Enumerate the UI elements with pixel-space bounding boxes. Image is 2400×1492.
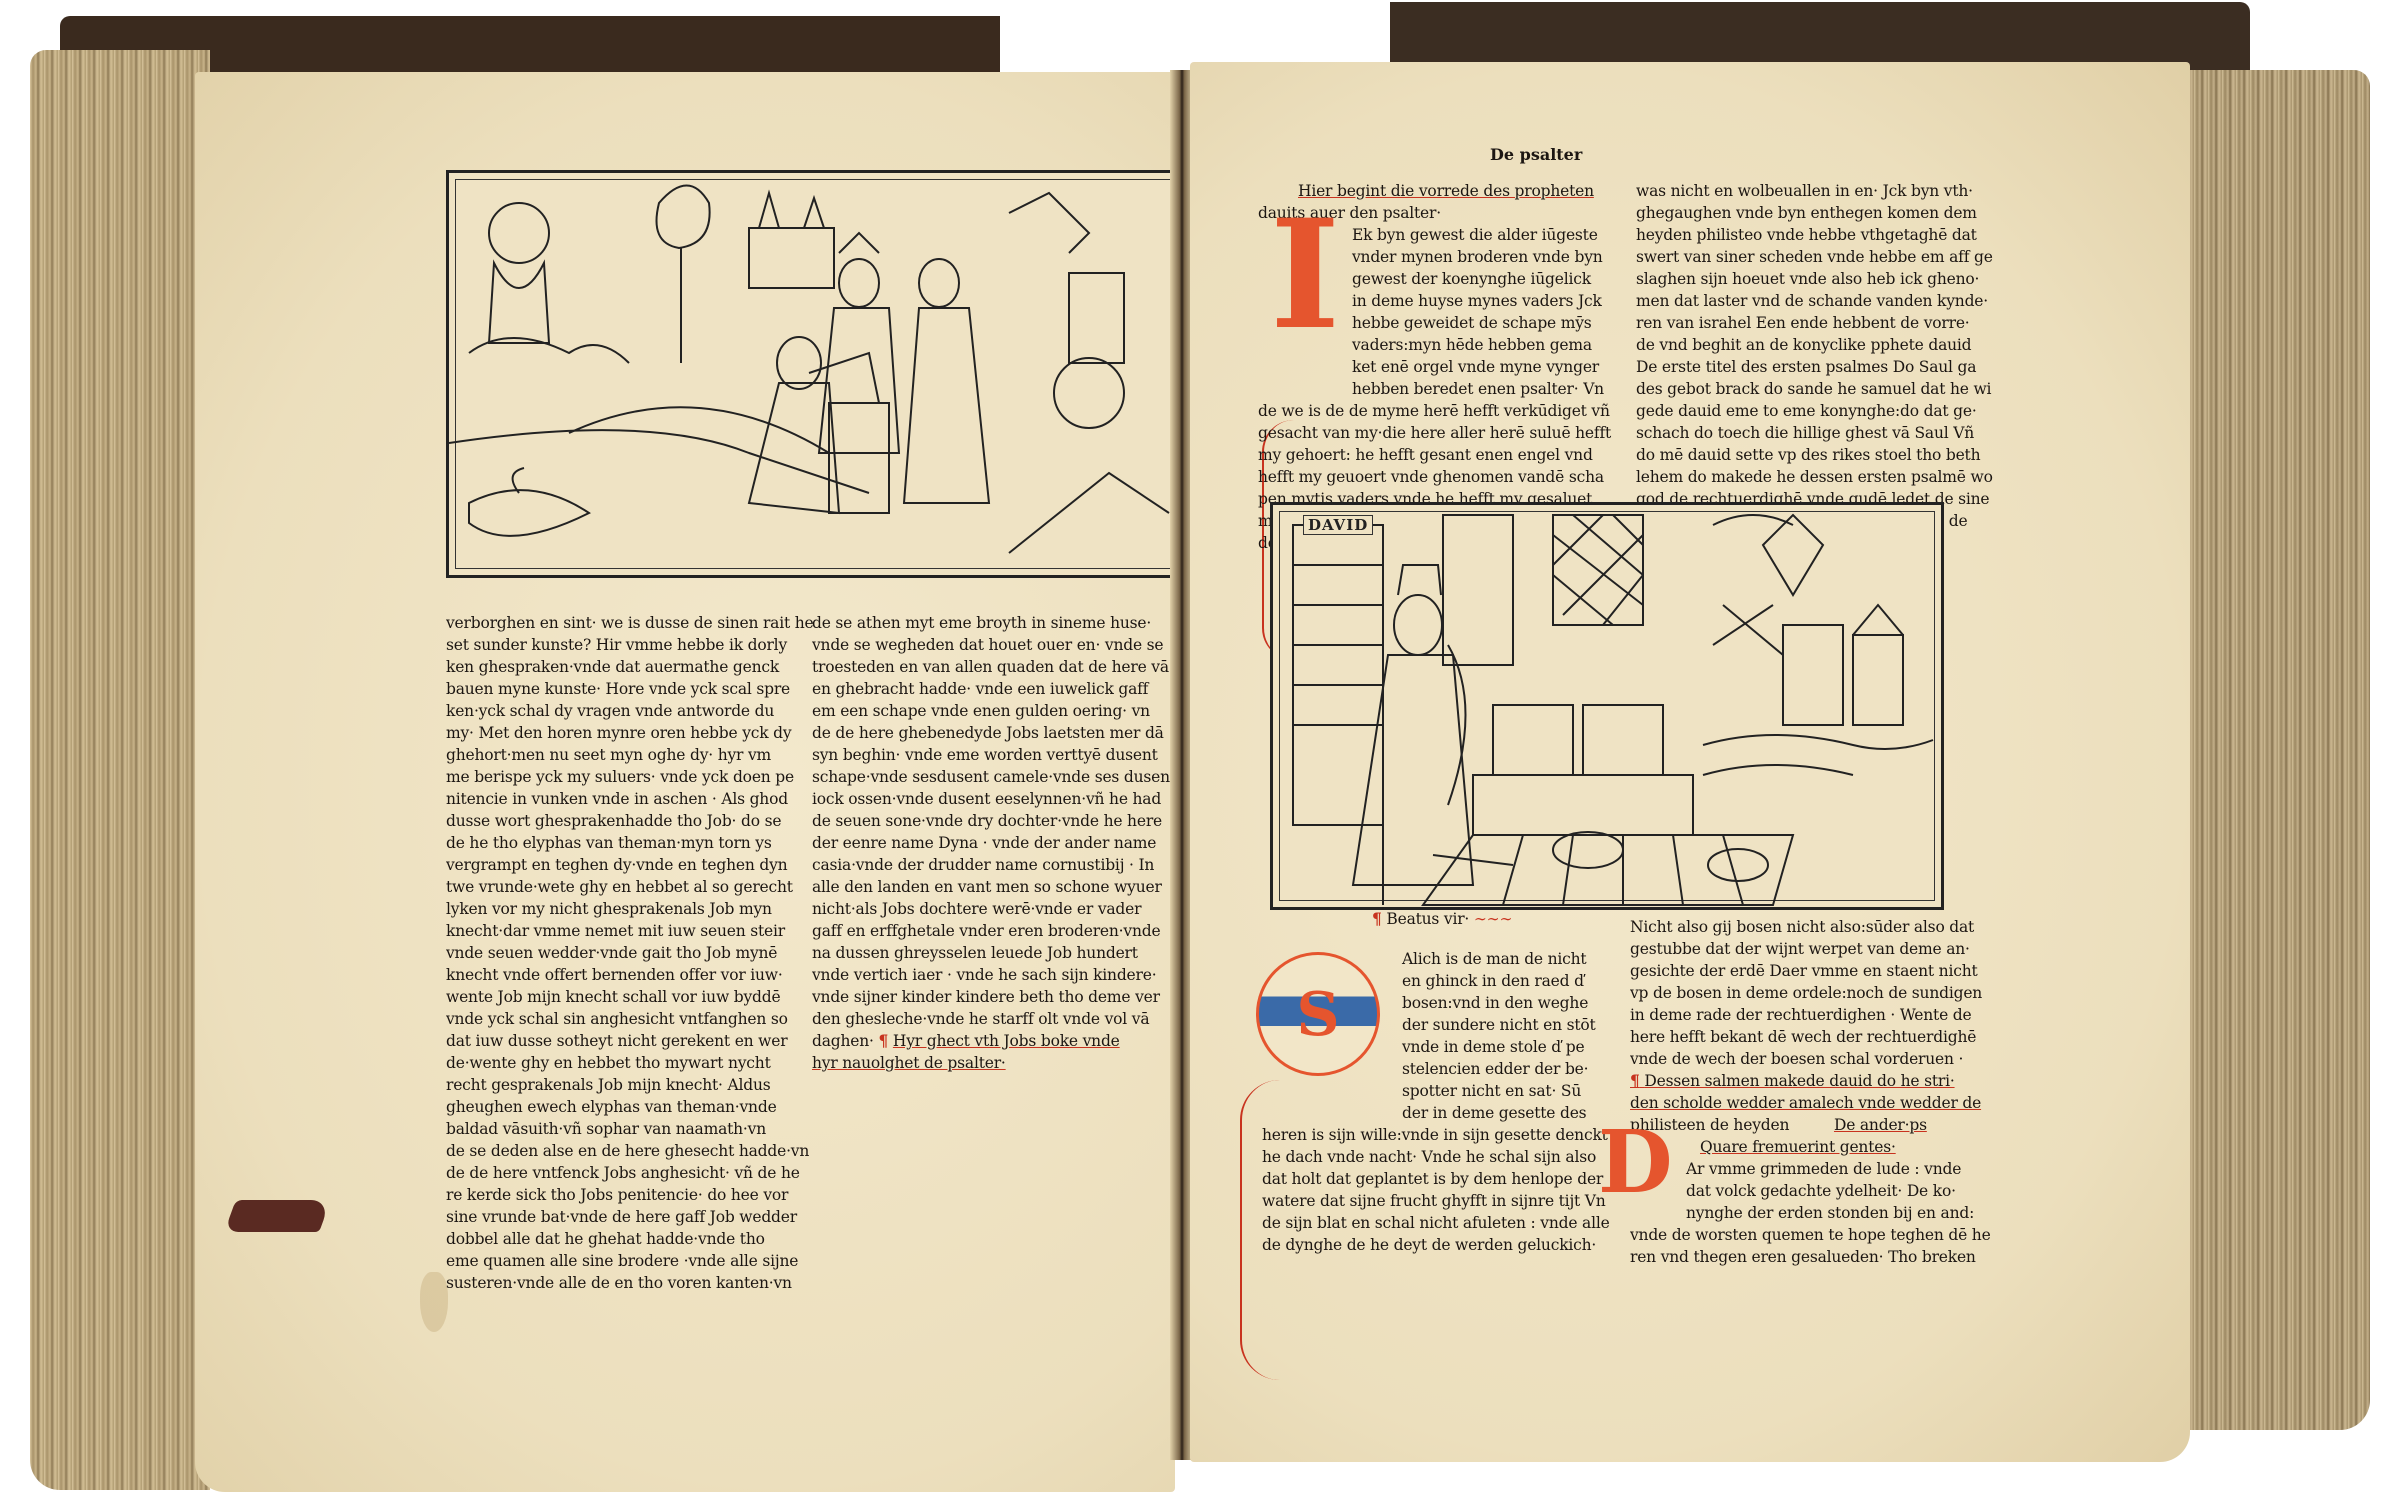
- psalm-1-title: Beatus vir·: [1386, 910, 1469, 928]
- text-line: de se deden alse en de here ghesecht had…: [446, 1140, 814, 1162]
- text-line: watere dat sijne frucht ghyfft in sijnre…: [1262, 1190, 1610, 1212]
- text-line: gede dauid eme to eme konynghe:do dat ge…: [1636, 400, 1993, 422]
- right-page-column-2-bottom: Nicht also gij bosen nicht also:sūder al…: [1630, 916, 1991, 1268]
- text-line: dusse wort ghesprakenhadde tho Job· do s…: [446, 810, 814, 832]
- text-line: ken ghespraken·vnde dat auermathe genck: [446, 656, 814, 678]
- text-line: Ar vmme grimmeden de lude : vnde: [1630, 1158, 1991, 1180]
- david-woodcut-icon: [1273, 505, 1941, 907]
- pilcrow-icon: ¶: [1630, 1071, 1640, 1090]
- job-woodcut-illustration: [446, 170, 1180, 578]
- text-line: dat volck gedachte ydelheit· De ko·: [1630, 1180, 1991, 1202]
- psalm-2-incipit: Quare fremuerint gentes·: [1630, 1136, 1991, 1158]
- text-line: here hefft bekant dē wech der rechtuerdi…: [1630, 1026, 1991, 1048]
- text-line: was nicht en wolbeuallen in en· Jck byn …: [1636, 180, 1993, 202]
- text-line: knecht·dar vmme nemet mit iuw seuen stei…: [446, 920, 814, 942]
- text-line: my· Met den horen mynre oren hebbe yck d…: [446, 722, 814, 744]
- text-line: Ek byn gewest die alder iūgeste: [1258, 224, 1619, 246]
- text-line: ken·yck schal dy vragen vnde antworde du: [446, 700, 814, 722]
- text-line: gestubbe dat der wijnt werpet van deme a…: [1630, 938, 1991, 960]
- text-line: bosen:vnd in den weghe: [1262, 992, 1610, 1014]
- david-label: DAVID: [1303, 515, 1373, 535]
- text-line: en ghinck in den raed ď: [1262, 970, 1610, 992]
- text-line: gewest der koenynghe iūgelick: [1258, 268, 1619, 290]
- text-line: ren vnd thegen eren gesalueden· Tho brek…: [1630, 1246, 1991, 1268]
- text-line: me berispe yck my suluers· vnde yck doen…: [446, 766, 814, 788]
- text-line: men dat laster vnd de schande vanden kyn…: [1636, 290, 1993, 312]
- text-line: daghen· ¶ Hyr ghect vth Jobs boke vnde: [812, 1030, 1176, 1052]
- text-line: ket enē orgel vnde myne vynger: [1258, 356, 1619, 378]
- text-line: hebbe geweidet de schape mȳs: [1258, 312, 1619, 334]
- text-line: gaff en erffghetale vnder eren broderen·…: [812, 920, 1176, 942]
- text-line: na dussen ghreysselen leuede Job hundert: [812, 942, 1176, 964]
- text-line: susteren·vnde alle de en tho voren kante…: [446, 1272, 814, 1294]
- running-head: De psalter: [1490, 145, 1582, 164]
- text-line: my gehoert: he hefft gesant enen engel v…: [1258, 444, 1619, 466]
- text-line: philisteen de heyden De ander·ps: [1630, 1114, 1991, 1136]
- colophon-line-2: hyr nauolghet de psalter·: [812, 1052, 1176, 1074]
- text-line: set sunder kunste? Hir vmme hebbe ik dor…: [446, 634, 814, 656]
- text-line: knecht vnde offert bernenden offer vor i…: [446, 964, 814, 986]
- text-line: nitencie in vunken vnde in aschen · Als …: [446, 788, 814, 810]
- text-line: en ghebracht hadde· vnde een iuwelick ga…: [812, 678, 1176, 700]
- text-line: de·wente ghy en hebbet tho mywart nycht: [446, 1052, 814, 1074]
- text-line: vnde vertich iaer · vnde he sach sijn ki…: [812, 964, 1176, 986]
- open-book: verborghen en sint· we is dusse de sinen…: [0, 0, 2400, 1492]
- text-line: schach do toech die hillige ghest vā Sau…: [1636, 422, 1993, 444]
- text-line: den scholde wedder amalech vnde wedder d…: [1630, 1092, 1991, 1114]
- text-line: de se athen myt eme broyth in sineme hus…: [812, 612, 1176, 634]
- text-line: der eenre name Dyna · vnde der ander nam…: [812, 832, 1176, 854]
- text-line: swert van siner scheden vnde hebbe em af…: [1636, 246, 1993, 268]
- incipit-line: ¶ Beatus vir· ∼∼∼: [1372, 908, 1512, 930]
- text-line: do mē dauid sette vp des rikes stoel tho…: [1636, 444, 1993, 466]
- text-line: de de here vntfenck Jobs anghesicht· vñ …: [446, 1162, 814, 1184]
- text-line: vnde de worsten quemen te hope teghen dē…: [1630, 1224, 1991, 1246]
- text-line: vp de bosen in deme ordele:noch de sundi…: [1630, 982, 1991, 1004]
- text-line: de dynghe de he deyt de werden geluckich…: [1262, 1234, 1610, 1256]
- text-line: nynghe der erden stonden bij en and:: [1630, 1202, 1991, 1224]
- text-line: casia·vnde der drudder name cornustibij …: [812, 854, 1176, 876]
- right-page-column-2-top: was nicht en wolbeuallen in en· Jck byn …: [1636, 180, 1993, 554]
- text-line: schape·vnde sesdusent camele·vnde ses du…: [812, 766, 1176, 788]
- text-line: baldad vāsuith·vñ sophar van naamath·vn: [446, 1118, 814, 1140]
- water-stain: [420, 1272, 448, 1332]
- text-line: recht gesprakenals Job mijn knecht· Aldu…: [446, 1074, 814, 1096]
- text-line: ren van israhel Een ende hebbent de vorr…: [1636, 312, 1993, 334]
- text-line: den ghesleche·vnde he starff olt vnde vo…: [812, 1008, 1176, 1030]
- text-fragment: Dessen salmen makede dauid do he stri·: [1644, 1072, 1954, 1090]
- text-line: ¶ Dessen salmen makede dauid do he stri·: [1630, 1070, 1991, 1092]
- left-page-column-2: de se athen myt eme broyth in sineme hus…: [812, 612, 1176, 1074]
- text-line: gheughen ewech elyphas van theman·vnde: [446, 1096, 814, 1118]
- stain-mark: [224, 1200, 331, 1232]
- text-line: ghehort·men nu seet myn oghe dy· hyr vm: [446, 744, 814, 766]
- text-line: des gebot brack do sande he samuel dat h…: [1636, 378, 1993, 400]
- text-line: in deme rade der rechtuerdighen · Wente …: [1630, 1004, 1991, 1026]
- text-line: vergrampt en teghen dy·vnde en teghen dy…: [446, 854, 814, 876]
- psalm-1-incipit: ¶ Beatus vir· ∼∼∼: [1372, 908, 1512, 930]
- text-fragment: daghen·: [812, 1032, 874, 1050]
- heading-line-1: Hier begint die vorrede des propheten: [1298, 180, 1594, 202]
- text-line: vnder mynen broderen vnde byn: [1258, 246, 1619, 268]
- text-line: vnde se wegheden dat houet ouer en· vnde…: [812, 634, 1176, 656]
- text-line: dat iuw dusse sotheyt nicht gerekent en …: [446, 1030, 814, 1052]
- text-line: vnde yck schal sin anghesicht vntfanghen…: [446, 1008, 814, 1030]
- text-line: vnde de wech der boesen schal vorderuen …: [1630, 1048, 1991, 1070]
- text-line: de de here ghebenedyde Jobs laetsten mer…: [812, 722, 1176, 744]
- text-line: de we is de de myme herē hefft verkūdige…: [1258, 400, 1619, 422]
- left-page-column-1: verborghen en sint· we is dusse de sinen…: [446, 612, 814, 1294]
- text-line: troesteden en van allen quaden dat de he…: [812, 656, 1176, 678]
- text-line: slaghen sijn hoeuet vnde also heb ick gh…: [1636, 268, 1993, 290]
- page-block-edge-left: [30, 50, 210, 1490]
- text-line: hefft my geuoert vnde ghenomen vandē sch…: [1258, 466, 1619, 488]
- text-line: gesacht van my·die here aller herē suluē…: [1258, 422, 1619, 444]
- job-woodcut-icon: [449, 173, 1177, 575]
- text-line: in deme huyse mynes vaders Jck: [1258, 290, 1619, 312]
- text-line: lehem do makede he dessen ersten psalmē …: [1636, 466, 1993, 488]
- red-flourish-icon: ∼∼∼: [1474, 910, 1512, 928]
- text-line: de vnd beghit an de konyclike pphete dau…: [1636, 334, 1993, 356]
- text-line: vnde in deme stole ď pe: [1262, 1036, 1610, 1058]
- text-line: sine vrunde bat·vnde de here gaff Job we…: [446, 1206, 814, 1228]
- text-line: de he tho elyphas van theman·myn torn ys: [446, 832, 814, 854]
- text-line: he dach vnde nacht· Vnde he schal sijn a…: [1262, 1146, 1610, 1168]
- preface-heading: Hier begint die vorrede des propheten da…: [1298, 180, 1594, 224]
- text-line: Alich is de man de nicht: [1262, 948, 1610, 970]
- psalm-2-title-note: De ander·ps: [1834, 1116, 1927, 1134]
- text-line: vnde sijner kinder kindere beth tho deme…: [812, 986, 1176, 1008]
- text-line: De erste titel des ersten psalmes Do Sau…: [1636, 356, 1993, 378]
- decorated-initial-D: D: [1598, 1120, 1673, 1206]
- text-line: hebben beredet enen psalter· Vn: [1258, 378, 1619, 400]
- pilcrow-icon: ¶: [1372, 909, 1382, 928]
- text-line: gesichte der erdē Daer vmme en staent ni…: [1630, 960, 1991, 982]
- text-line: ghegaughen vnde byn enthegen komen dem: [1636, 202, 1993, 224]
- text-line: iock ossen·vnde dusent eeselynnen·vñ he …: [812, 788, 1176, 810]
- text-line: em een schape vnde enen gulden oering· v…: [812, 700, 1176, 722]
- text-line: dobbel alle dat he ghehat hadde·vnde tho: [446, 1228, 814, 1250]
- colophon-line-1: Hyr ghect vth Jobs boke vnde: [893, 1032, 1120, 1050]
- text-line: der sundere nicht en stōt: [1262, 1014, 1610, 1036]
- text-line: vaders:myn hēde hebben gema: [1258, 334, 1619, 356]
- text-line: lyken vor my nicht ghesprakenals Job myn: [446, 898, 814, 920]
- psalm-1-text: Alich is de man de nicht en ghinck in de…: [1262, 948, 1610, 1256]
- text-line: bauen myne kunste· Hore vnde yck scal sp…: [446, 678, 814, 700]
- text-line: nicht·als Jobs dochtere werē·vnde er vad…: [812, 898, 1176, 920]
- text-line: syn beghin· vnde eme worden verttyē duse…: [812, 744, 1176, 766]
- text-line: der in deme gesette des: [1262, 1102, 1610, 1124]
- text-line: verborghen en sint· we is dusse de sinen…: [446, 612, 814, 634]
- text-line: alle den landen en vant men so schone wy…: [812, 876, 1176, 898]
- text-line: twe vrunde·wete ghy en hebbet al so gere…: [446, 876, 814, 898]
- text-line: stelencien edder der be·: [1262, 1058, 1610, 1080]
- text-line: spotter nicht en sat· Sū: [1262, 1080, 1610, 1102]
- text-line: heyden philisteo vnde hebbe vthgetaghē d…: [1636, 224, 1993, 246]
- text-line: eme quamen alle sine brodere ·vnde alle …: [446, 1250, 814, 1272]
- text-line: re kerde sick tho Jobs penitencie· do he…: [446, 1184, 814, 1206]
- text-line: vnde seuen wedder·vnde gait tho Job mynē: [446, 942, 814, 964]
- text-line: dat holt dat geplantet is by dem henlope…: [1262, 1168, 1610, 1190]
- text-line: Nicht also gij bosen nicht also:sūder al…: [1630, 916, 1991, 938]
- page-block-edge-right: [2180, 70, 2370, 1430]
- text-line: heren is sijn wille:vnde in sijn gesette…: [1262, 1124, 1610, 1146]
- david-woodcut-illustration: DAVID: [1270, 502, 1944, 910]
- pilcrow-icon: ¶: [879, 1031, 889, 1050]
- text-line: wente Job mijn knecht schall vor iuw byd…: [446, 986, 814, 1008]
- text-line: de seuen sone·vnde dry dochter·vnde he h…: [812, 810, 1176, 832]
- text-line: de sijn blat en schal nicht afuleten : v…: [1262, 1212, 1610, 1234]
